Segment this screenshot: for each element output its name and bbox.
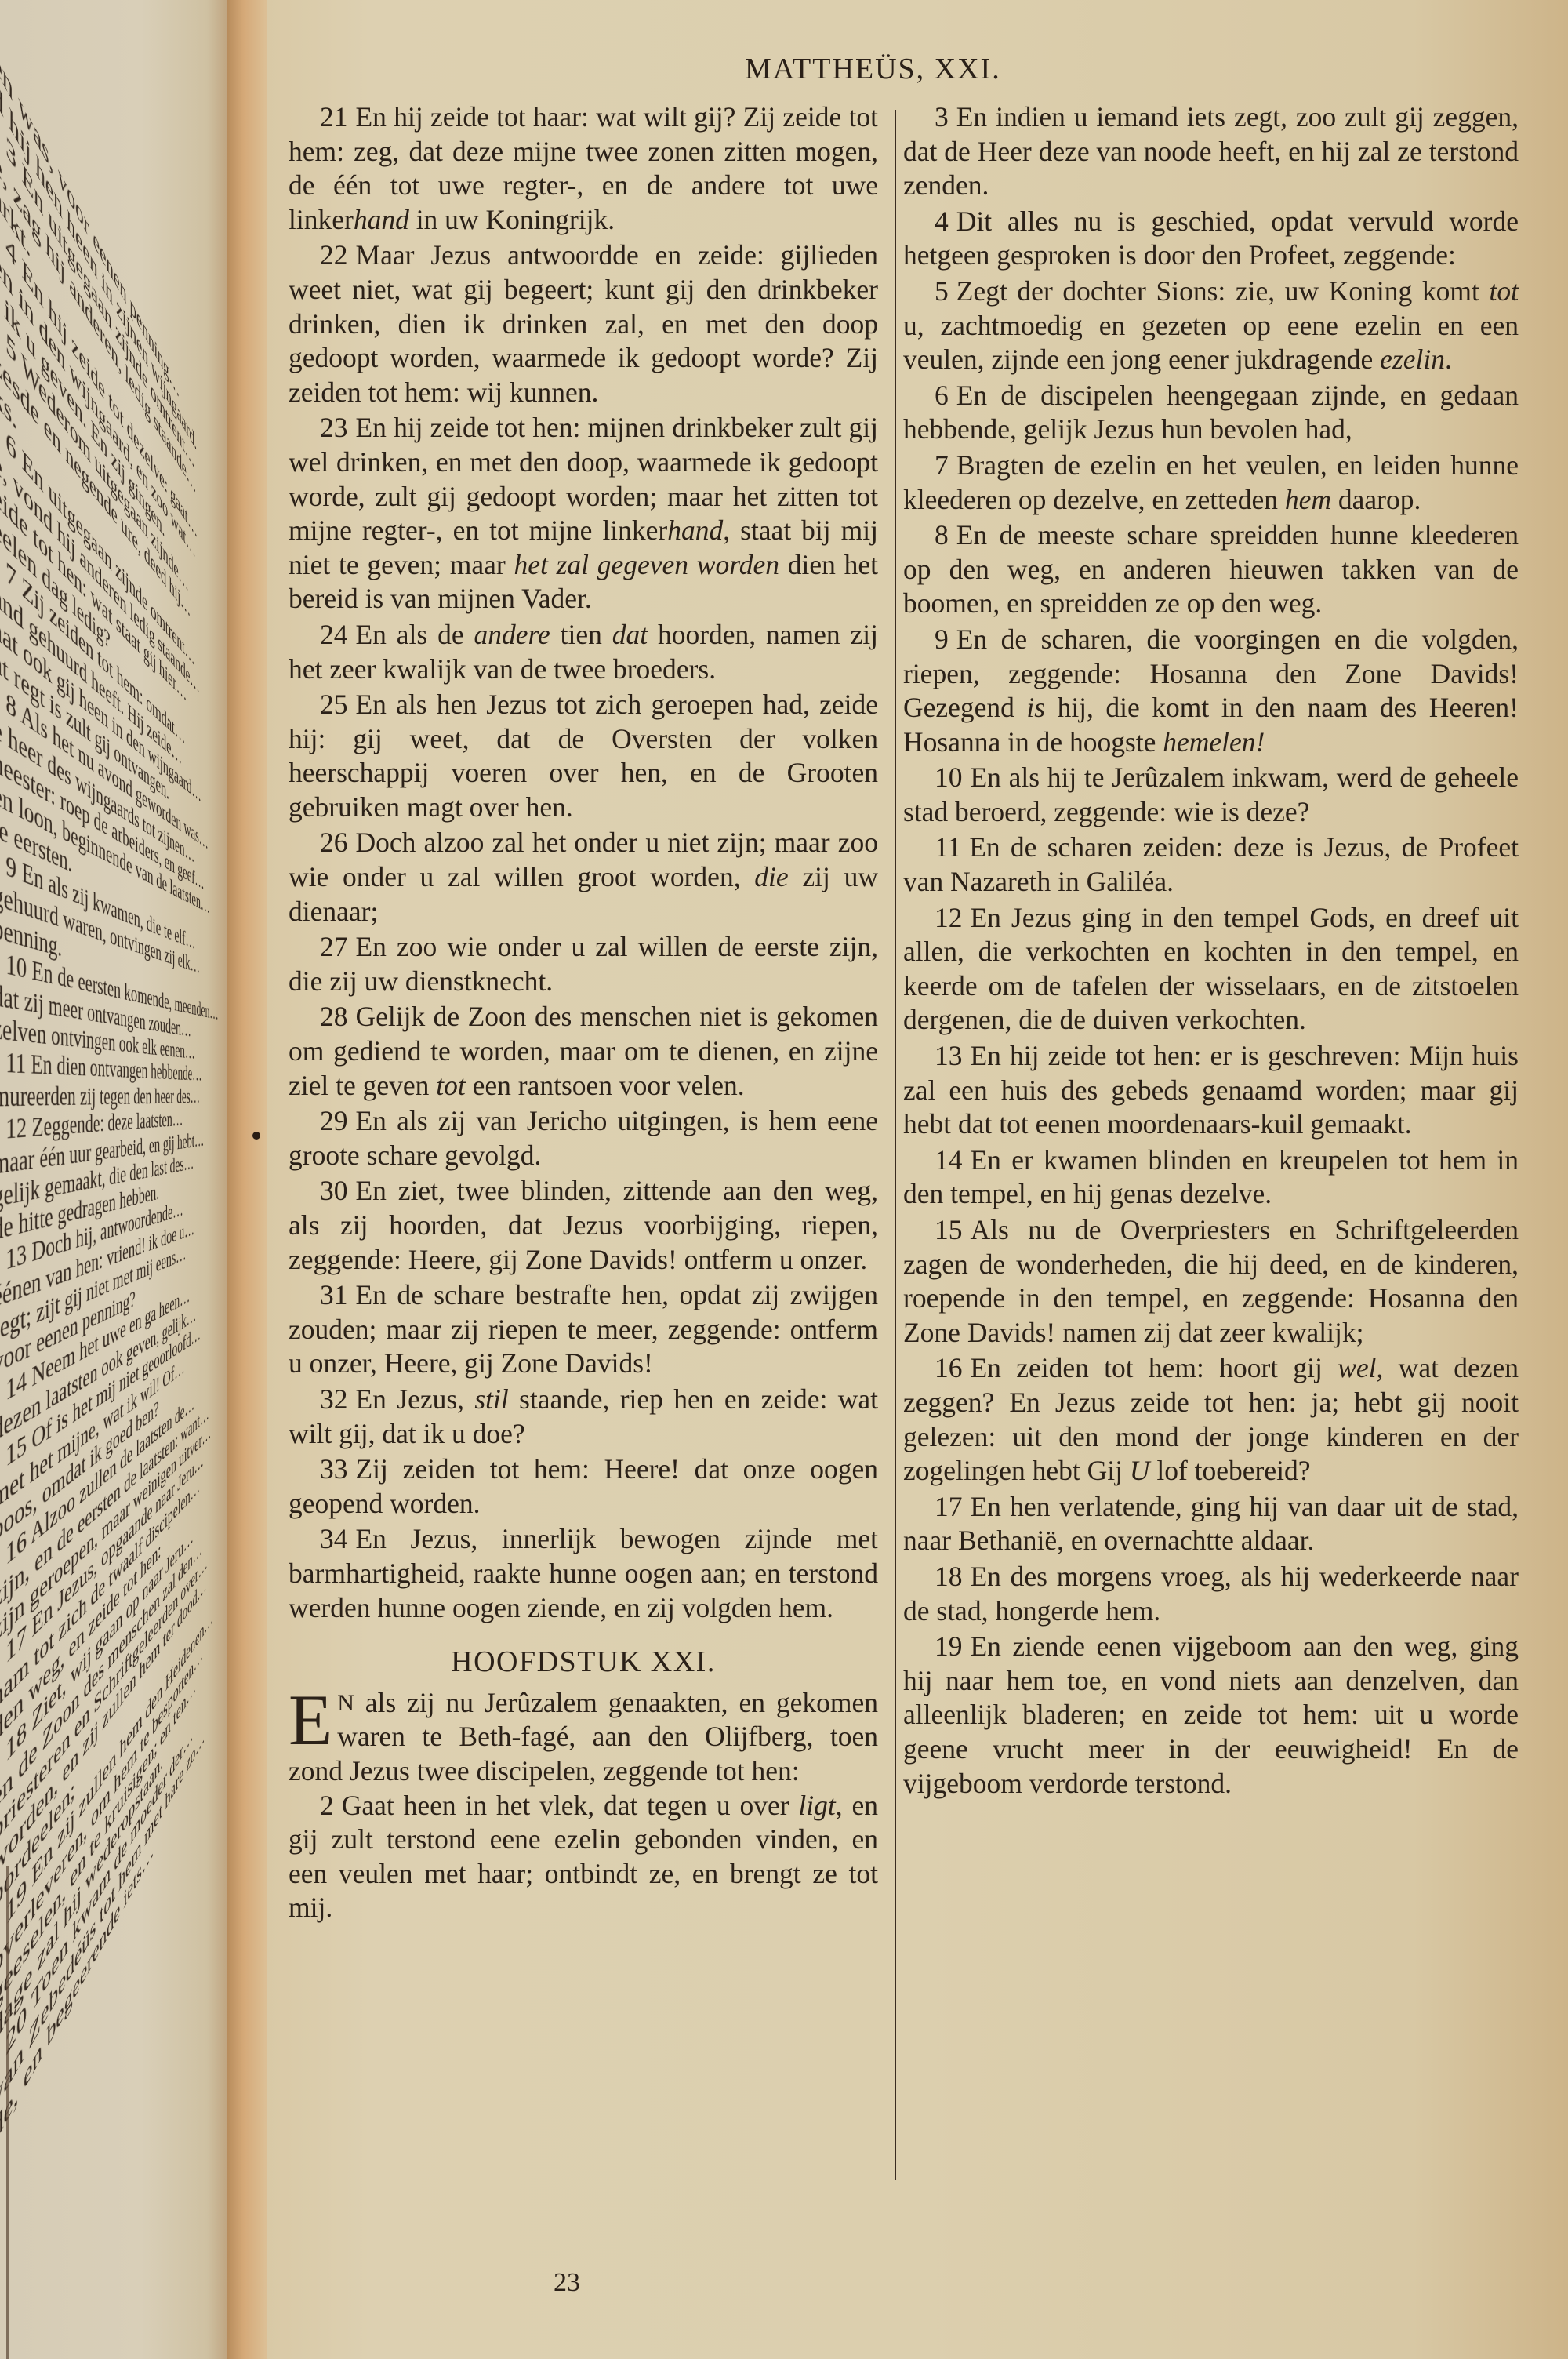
verse-number: 23 [320, 412, 348, 443]
verse-number: 33 [320, 1453, 348, 1485]
verse-text: En er kwamen blinden en kreupelen tot he… [903, 1144, 1519, 1210]
verse-number: 8 [935, 519, 949, 551]
verse: 16En zeiden tot hem: hoort gij wel, wat … [903, 1351, 1519, 1488]
verse: 13En hij zeide tot hen: er is geschreven… [903, 1039, 1519, 1142]
verse: 30En ziet, twee blinden, zittende aan de… [289, 1174, 878, 1277]
verse-text: Zij zeiden tot hem: Heere! dat onze ooge… [289, 1453, 878, 1519]
verse: 14En er kwamen blinden en kreupelen tot … [903, 1143, 1519, 1212]
chapter-heading: HOOFDSTUK XXI. [289, 1645, 878, 1680]
verse-text: En ziende eenen vijgeboom aan den weg, g… [903, 1630, 1519, 1798]
verse: 10En als hij te Jerûzalem inkwam, werd d… [903, 761, 1519, 829]
verse-number: 32 [320, 1383, 348, 1415]
verse-text: En de meeste schare spreidden hunne klee… [903, 519, 1519, 619]
verse: 19En ziende eenen vijgeboom aan den weg,… [903, 1630, 1519, 1801]
verse: 22Maar Jezus antwoordde en zeide: gijlie… [289, 238, 878, 409]
verse: 33Zij zeiden tot hem: Heere! dat onze oo… [289, 1452, 878, 1521]
verse-text: En hen verlatende, ging hij van daar uit… [903, 1491, 1519, 1557]
verse: 27En zoo wie onder u zal willen de eerst… [289, 930, 878, 998]
verse-number: 17 [935, 1491, 963, 1522]
verse-number: 6 [935, 380, 949, 411]
verse: 3En indien u iemand iets zegt, zoo zult … [903, 100, 1519, 203]
verse: 32En Jezus, stil staande, riep hen en ze… [289, 1383, 878, 1451]
verse-number: 14 [935, 1144, 963, 1176]
verse-text: En de scharen zeiden: deze is Jezus, de … [903, 831, 1519, 897]
verse: 24En als de andere tien dat hoorden, nam… [289, 618, 878, 686]
chapter-verse-list: 2Gaat heen in het vlek, dat tegen u over… [289, 1789, 878, 1925]
verse: 31En de schare bestrafte hen, opdat zij … [289, 1278, 878, 1381]
verse-number: 16 [935, 1352, 963, 1383]
verse: 2Gaat heen in het vlek, dat tegen u over… [289, 1789, 878, 1925]
verse-number: 30 [320, 1175, 348, 1206]
verse: 34En Jezus, innerlijk bewogen zijnde met… [289, 1522, 878, 1625]
verse-number: 19 [935, 1630, 963, 1662]
verse-text: En hij zeide tot haar: wat wilt gij? Zij… [289, 101, 878, 235]
verse-number: 29 [320, 1105, 348, 1136]
verse-number: 12 [935, 902, 963, 933]
verse: 26Doch alzoo zal het onder u niet zijn; … [289, 826, 878, 929]
verse-number: 2 [320, 1790, 334, 1821]
drop-cap: E [289, 1689, 332, 1750]
verse: 28Gelijk de Zoon des menschen niet is ge… [289, 1000, 878, 1103]
verse: 29En als zij van Jericho uitgingen, is h… [289, 1104, 878, 1172]
verse: 23En hij zeide tot hen: mijnen drinkbeke… [289, 411, 878, 616]
verse: 17En hen verlatende, ging hij van daar u… [903, 1490, 1519, 1558]
verse-text: En hij zeide tot hen: mijnen drinkbeker … [289, 412, 878, 614]
verse: 9En de scharen, die voorgingen en die vo… [903, 623, 1519, 759]
verse-number: 31 [320, 1279, 348, 1310]
verse-text: Zegt der dochter Sions: zie, uw Koning k… [903, 275, 1519, 375]
previous-page-fragment: …en was, voor eenen penning……d hij hen h… [0, 0, 235, 2359]
chapter-opening: EN als zij nu Jerûzalem genaakten, en ge… [289, 1686, 878, 1789]
verse-text: En de scharen, die voorgingen en die vol… [903, 623, 1519, 758]
verse: 11En de scharen zeiden: deze is Jezus, d… [903, 831, 1519, 899]
verse-number: 5 [935, 275, 949, 307]
verse-text: En als hij te Jerûzalem inkwam, werd de … [903, 761, 1519, 827]
verse: 7Bragten de ezelin en het veulen, en lei… [903, 449, 1519, 517]
verse-text: En hij zeide tot hen: er is geschreven: … [903, 1040, 1519, 1140]
verse-text: En de discipelen heengegaan zijnde, en g… [903, 380, 1519, 445]
text-column-left: 21En hij zeide tot haar: wat wilt gij? Z… [289, 100, 878, 1927]
verse-list: 21En hij zeide tot haar: wat wilt gij? Z… [289, 100, 878, 1625]
drop-cap-rest: N [337, 1690, 354, 1716]
verse: 21En hij zeide tot haar: wat wilt gij? Z… [289, 100, 878, 237]
page-number: 23 [554, 2268, 580, 2298]
verse: 4Dit alles nu is geschied, opdat vervuld… [903, 205, 1519, 273]
verse-number: 7 [935, 449, 949, 481]
verse-number: 26 [320, 827, 348, 858]
verse-number: 11 [935, 831, 961, 863]
text-column-right: 3En indien u iemand iets zegt, zoo zult … [903, 100, 1519, 1802]
column-rule [6, 1866, 9, 2359]
chapter-opening-text: als zij nu Jerûzalem genaakten, en gekom… [289, 1687, 878, 1787]
verse-text: Maar Jezus antwoordde en zeide: gijliede… [289, 239, 878, 407]
verse-number: 18 [935, 1561, 963, 1592]
verse-text: Doch alzoo zal het onder u niet zijn; ma… [289, 827, 878, 926]
verse-text: En als hen Jezus tot zich geroepen had, … [289, 689, 878, 823]
verse-number: 27 [320, 931, 348, 962]
verse-text: Gelijk de Zoon des menschen niet is geko… [289, 1001, 878, 1100]
verse-text: Bragten de ezelin en het veulen, en leid… [903, 449, 1519, 515]
verse: 18En des morgens vroeg, als hij wederkee… [903, 1560, 1519, 1628]
verse-text: Dit alles nu is geschied, opdat vervuld … [903, 205, 1519, 271]
verse-number: 15 [935, 1214, 963, 1245]
verse-text: En Jezus, innerlijk bewogen zijnde met b… [289, 1523, 878, 1623]
running-head: MATTHEÜS, XXI. [745, 52, 1001, 86]
verse-text: En ziet, twee blinden, zittende aan den … [289, 1175, 878, 1274]
verse-number: 28 [320, 1001, 348, 1032]
verse: 25En als hen Jezus tot zich geroepen had… [289, 688, 878, 824]
verse-number: 4 [935, 205, 949, 237]
verse-number: 25 [320, 689, 348, 720]
verse-text: En als zij van Jericho uitgingen, is hem… [289, 1105, 878, 1171]
verse-number: 9 [935, 623, 949, 655]
verse-number: 22 [320, 239, 348, 271]
verse-number: 3 [935, 101, 949, 133]
verse-text: En zeiden tot hem: hoort gij wel, wat de… [903, 1352, 1519, 1486]
verse-number: 24 [320, 619, 348, 650]
verse-text: En Jezus, stil staande, riep hen en zeid… [289, 1383, 878, 1449]
verse-text: En als de andere tien dat hoorden, namen… [289, 619, 878, 685]
verse-text: En de schare bestrafte hen, opdat zij zw… [289, 1279, 878, 1379]
verse: 15Als nu de Overpriesters en Schriftgele… [903, 1213, 1519, 1350]
verse: 12En Jezus ging in den tempel Gods, en d… [903, 901, 1519, 1038]
verse-text: En zoo wie onder u zal willen de eerste … [289, 931, 878, 997]
verse-text: En Jezus ging in den tempel Gods, en dre… [903, 902, 1519, 1036]
verse-number: 34 [320, 1523, 348, 1554]
verse: 8En de meeste schare spreidden hunne kle… [903, 518, 1519, 621]
verse-text: Gaat heen in het vlek, dat tegen u over … [289, 1790, 878, 1924]
verse-number: 21 [320, 101, 348, 133]
verse-number: 10 [935, 761, 963, 793]
verse-text: En des morgens vroeg, als hij wederkeerd… [903, 1561, 1519, 1627]
column-divider [895, 110, 896, 2180]
verse-number: 13 [935, 1040, 963, 1071]
verse-text: Als nu de Overpriesters en Schriftgeleer… [903, 1214, 1519, 1348]
verse: 6En de discipelen heengegaan zijnde, en … [903, 379, 1519, 447]
verse: 5Zegt der dochter Sions: zie, uw Koning … [903, 274, 1519, 377]
previous-page-text: …en was, voor eenen penning……d hij hen h… [0, 0, 131, 2197]
verse-text: En indien u iemand iets zegt, zoo zult g… [903, 101, 1519, 201]
verse-list: 3En indien u iemand iets zegt, zoo zult … [903, 100, 1519, 1801]
ink-spot [252, 1132, 260, 1140]
